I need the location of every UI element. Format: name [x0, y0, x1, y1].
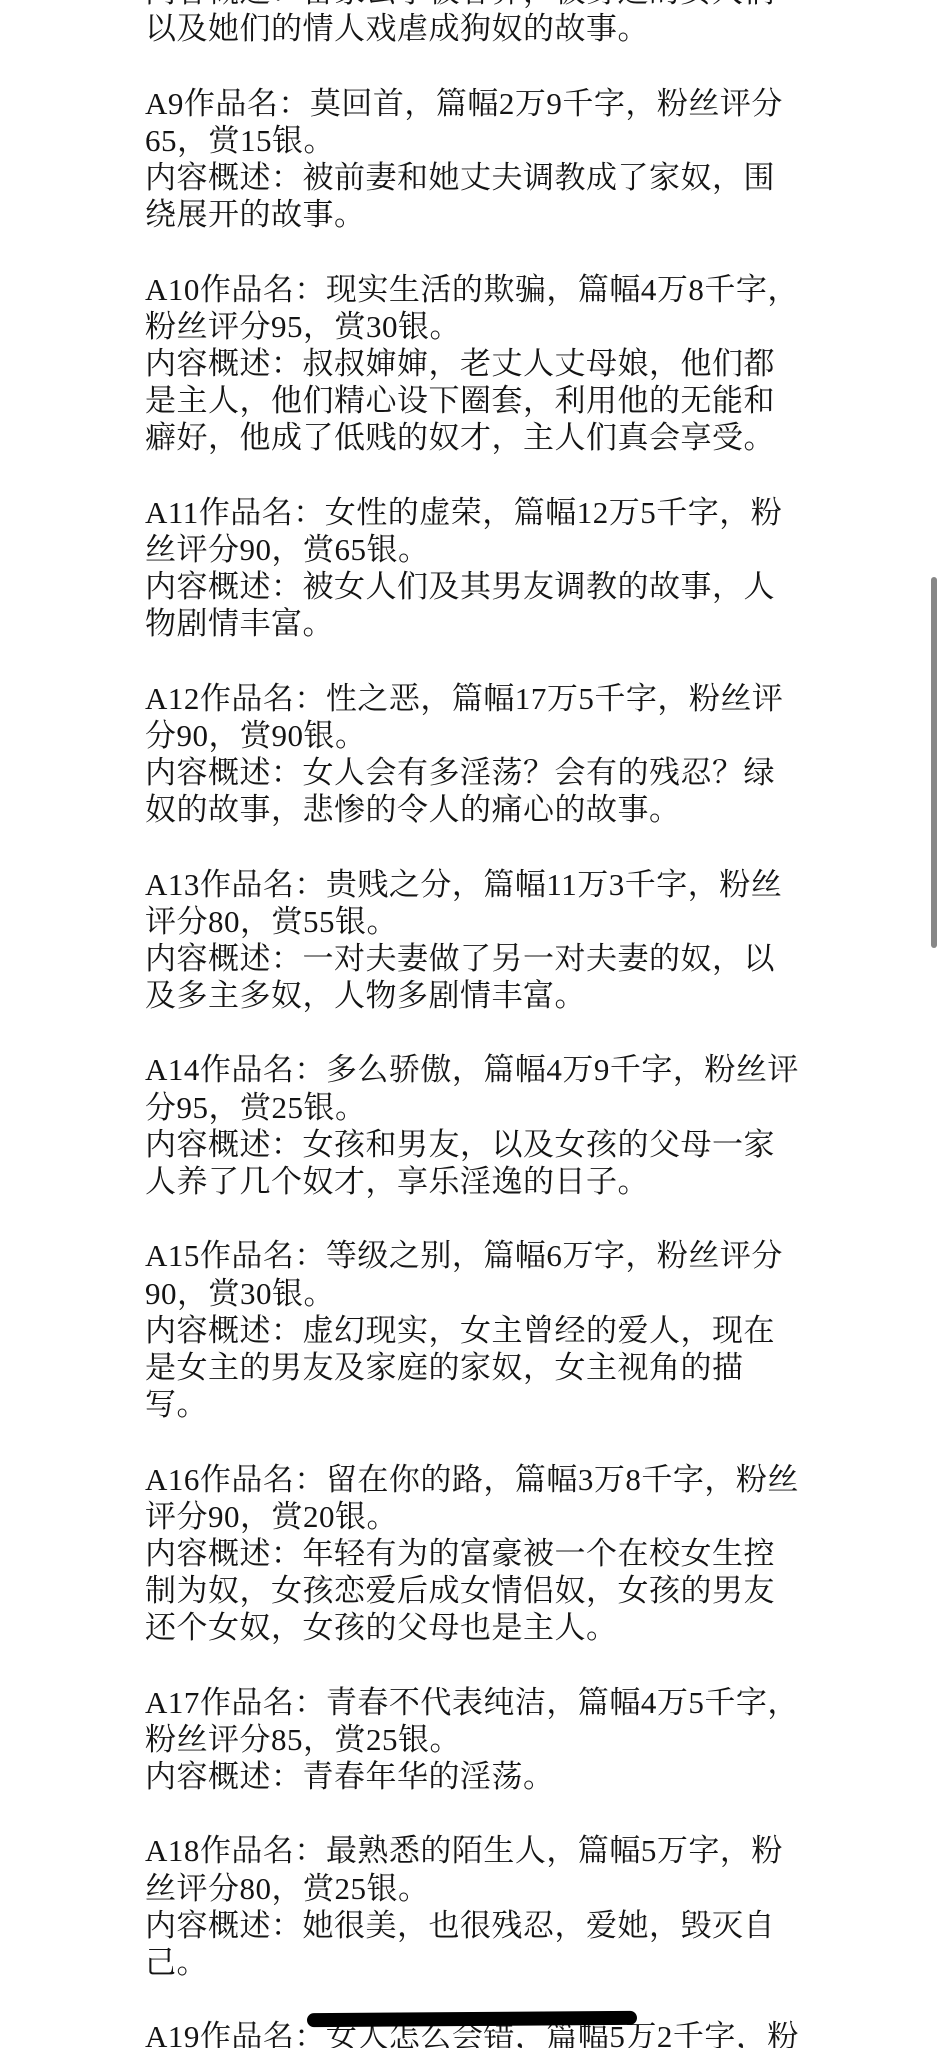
- text-line: 内容概述：女孩和男友，以及女孩的父母一家: [145, 1126, 890, 1163]
- text-line: 内容概述：被女人们及其男友调教的故事，人: [145, 568, 890, 605]
- section-A9: A9作品名：莫回首，篇幅2万9千字，粉丝评分65，赏15银。内容概述：被前妻和她…: [145, 85, 890, 234]
- text-line: 写。: [145, 1386, 890, 1423]
- text-line: 内容概述：女人会有多淫荡？会有的残忍？绿: [145, 754, 890, 791]
- text-line: 癖好，他成了低贱的奴才，主人们真会享受。: [145, 419, 890, 456]
- text-line: 内容概述：青春年华的淫荡。: [145, 1758, 890, 1795]
- text-line: A11作品名：女性的虚荣，篇幅12万5千字，粉: [145, 494, 890, 531]
- text-line: 丝评分90，赏65银。: [145, 531, 890, 568]
- text-line: 物剧情丰富。: [145, 605, 890, 642]
- text-line: 粉丝评分95，赏30银。: [145, 308, 890, 345]
- text-line: A17作品名：青春不代表纯洁，篇幅4万5千字，: [145, 1684, 890, 1721]
- text-line: 粉丝评分85，赏25银。: [145, 1721, 890, 1758]
- section-A18: A18作品名：最熟悉的陌生人，篇幅5万字，粉丝评分80，赏25银。内容概述：她很…: [145, 1832, 890, 1981]
- text-line: A12作品名：性之恶，篇幅17万5千字，粉丝评: [145, 680, 890, 717]
- text-line: 丝评分80，赏25银。: [145, 1870, 890, 1907]
- text-line: 内容概述：她很美，也很残忍，爱她，毁灭自: [145, 1907, 890, 1944]
- section-A16: A16作品名：留在你的路，篇幅3万8千字，粉丝评分90，赏20银。内容概述：年轻…: [145, 1461, 890, 1647]
- section-A13: A13作品名：贵贱之分，篇幅11万3千字，粉丝评分80，赏55银。内容概述：一对…: [145, 866, 890, 1015]
- text-line: 分90，赏90银。: [145, 717, 890, 754]
- redaction-mark: [307, 2011, 637, 2027]
- text-line: 绕展开的故事。: [145, 196, 890, 233]
- text-line: 分95，赏25银。: [145, 1089, 890, 1126]
- text-line: 评分80，赏55银。: [145, 903, 890, 940]
- text-line: 是女主的男友及家庭的家奴，女主视角的描: [145, 1349, 890, 1386]
- text-line: 奴的故事，悲惨的令人的痛心的故事。: [145, 791, 890, 828]
- text-line: A16作品名：留在你的路，篇幅3万8千字，粉丝: [145, 1461, 890, 1498]
- text-line: 人养了几个奴才，享乐淫逸的日子。: [145, 1163, 890, 1200]
- section-A12: A12作品名：性之恶，篇幅17万5千字，粉丝评分90，赏90银。内容概述：女人会…: [145, 680, 890, 829]
- section-A17: A17作品名：青春不代表纯洁，篇幅4万5千字，粉丝评分85，赏25银。内容概述：…: [145, 1684, 890, 1796]
- text-line: A14作品名：多么骄傲，篇幅4万9千字，粉丝评: [145, 1051, 890, 1088]
- text-line: 是主人，他们精心设下圈套，利用他的无能和: [145, 382, 890, 419]
- text-line: 90，赏30银。: [145, 1275, 890, 1312]
- text-line: 内容概述：被前妻和她丈夫调教成了家奴，围: [145, 159, 890, 196]
- section-A15: A15作品名：等级之别，篇幅6万字，粉丝评分90，赏30银。内容概述：虚幻现实，…: [145, 1237, 890, 1423]
- text-line: A13作品名：贵贱之分，篇幅11万3千字，粉丝: [145, 866, 890, 903]
- text-line: 内容概述：一对夫妻做了另一对夫妻的奴，以: [145, 940, 890, 977]
- scrollbar-thumb[interactable]: [931, 577, 937, 948]
- text-line: 内容概述：虚幻现实，女主曾经的爱人，现在: [145, 1312, 890, 1349]
- text-line: 及多主多奴，人物多剧情丰富。: [145, 977, 890, 1014]
- text-line: 内容概述：叔叔婶婶，老丈人丈母娘，他们都: [145, 345, 890, 382]
- text-line: 65，赏15银。: [145, 122, 890, 159]
- section-A10: A10作品名：现实生活的欺骗，篇幅4万8千字，粉丝评分95，赏30银。内容概述：…: [145, 271, 890, 457]
- works-list: 内容概述：留家么子被眷养，被身边的女人们以及她们的情人戏虐成狗奴的故事。A9作品…: [145, 0, 890, 2048]
- text-line: 还个女奴，女孩的父母也是主人。: [145, 1609, 890, 1646]
- text-line: 制为奴，女孩恋爱后成女情侣奴，女孩的男友: [145, 1572, 890, 1609]
- document-page: 内容概述：留家么子被眷养，被身边的女人们以及她们的情人戏虐成狗奴的故事。A9作品…: [0, 0, 946, 2048]
- text-line: 评分90，赏20银。: [145, 1498, 890, 1535]
- text-line: 己。: [145, 1944, 890, 1981]
- text-line: 内容概述：留家么子被眷养，被身边的女人们: [145, 0, 890, 10]
- text-line: A10作品名：现实生活的欺骗，篇幅4万8千字，: [145, 271, 890, 308]
- text-line: A15作品名：等级之别，篇幅6万字，粉丝评分: [145, 1237, 890, 1274]
- section-top-partial: 内容概述：留家么子被眷养，被身边的女人们以及她们的情人戏虐成狗奴的故事。: [145, 0, 890, 47]
- text-line: A18作品名：最熟悉的陌生人，篇幅5万字，粉: [145, 1832, 890, 1869]
- text-line: A9作品名：莫回首，篇幅2万9千字，粉丝评分: [145, 85, 890, 122]
- text-line: 内容概述：年轻有为的富豪被一个在校女生控: [145, 1535, 890, 1572]
- text-line: 以及她们的情人戏虐成狗奴的故事。: [145, 10, 890, 47]
- section-A11: A11作品名：女性的虚荣，篇幅12万5千字，粉丝评分90，赏65银。内容概述：被…: [145, 494, 890, 643]
- section-A14: A14作品名：多么骄傲，篇幅4万9千字，粉丝评分95，赏25银。内容概述：女孩和…: [145, 1051, 890, 1200]
